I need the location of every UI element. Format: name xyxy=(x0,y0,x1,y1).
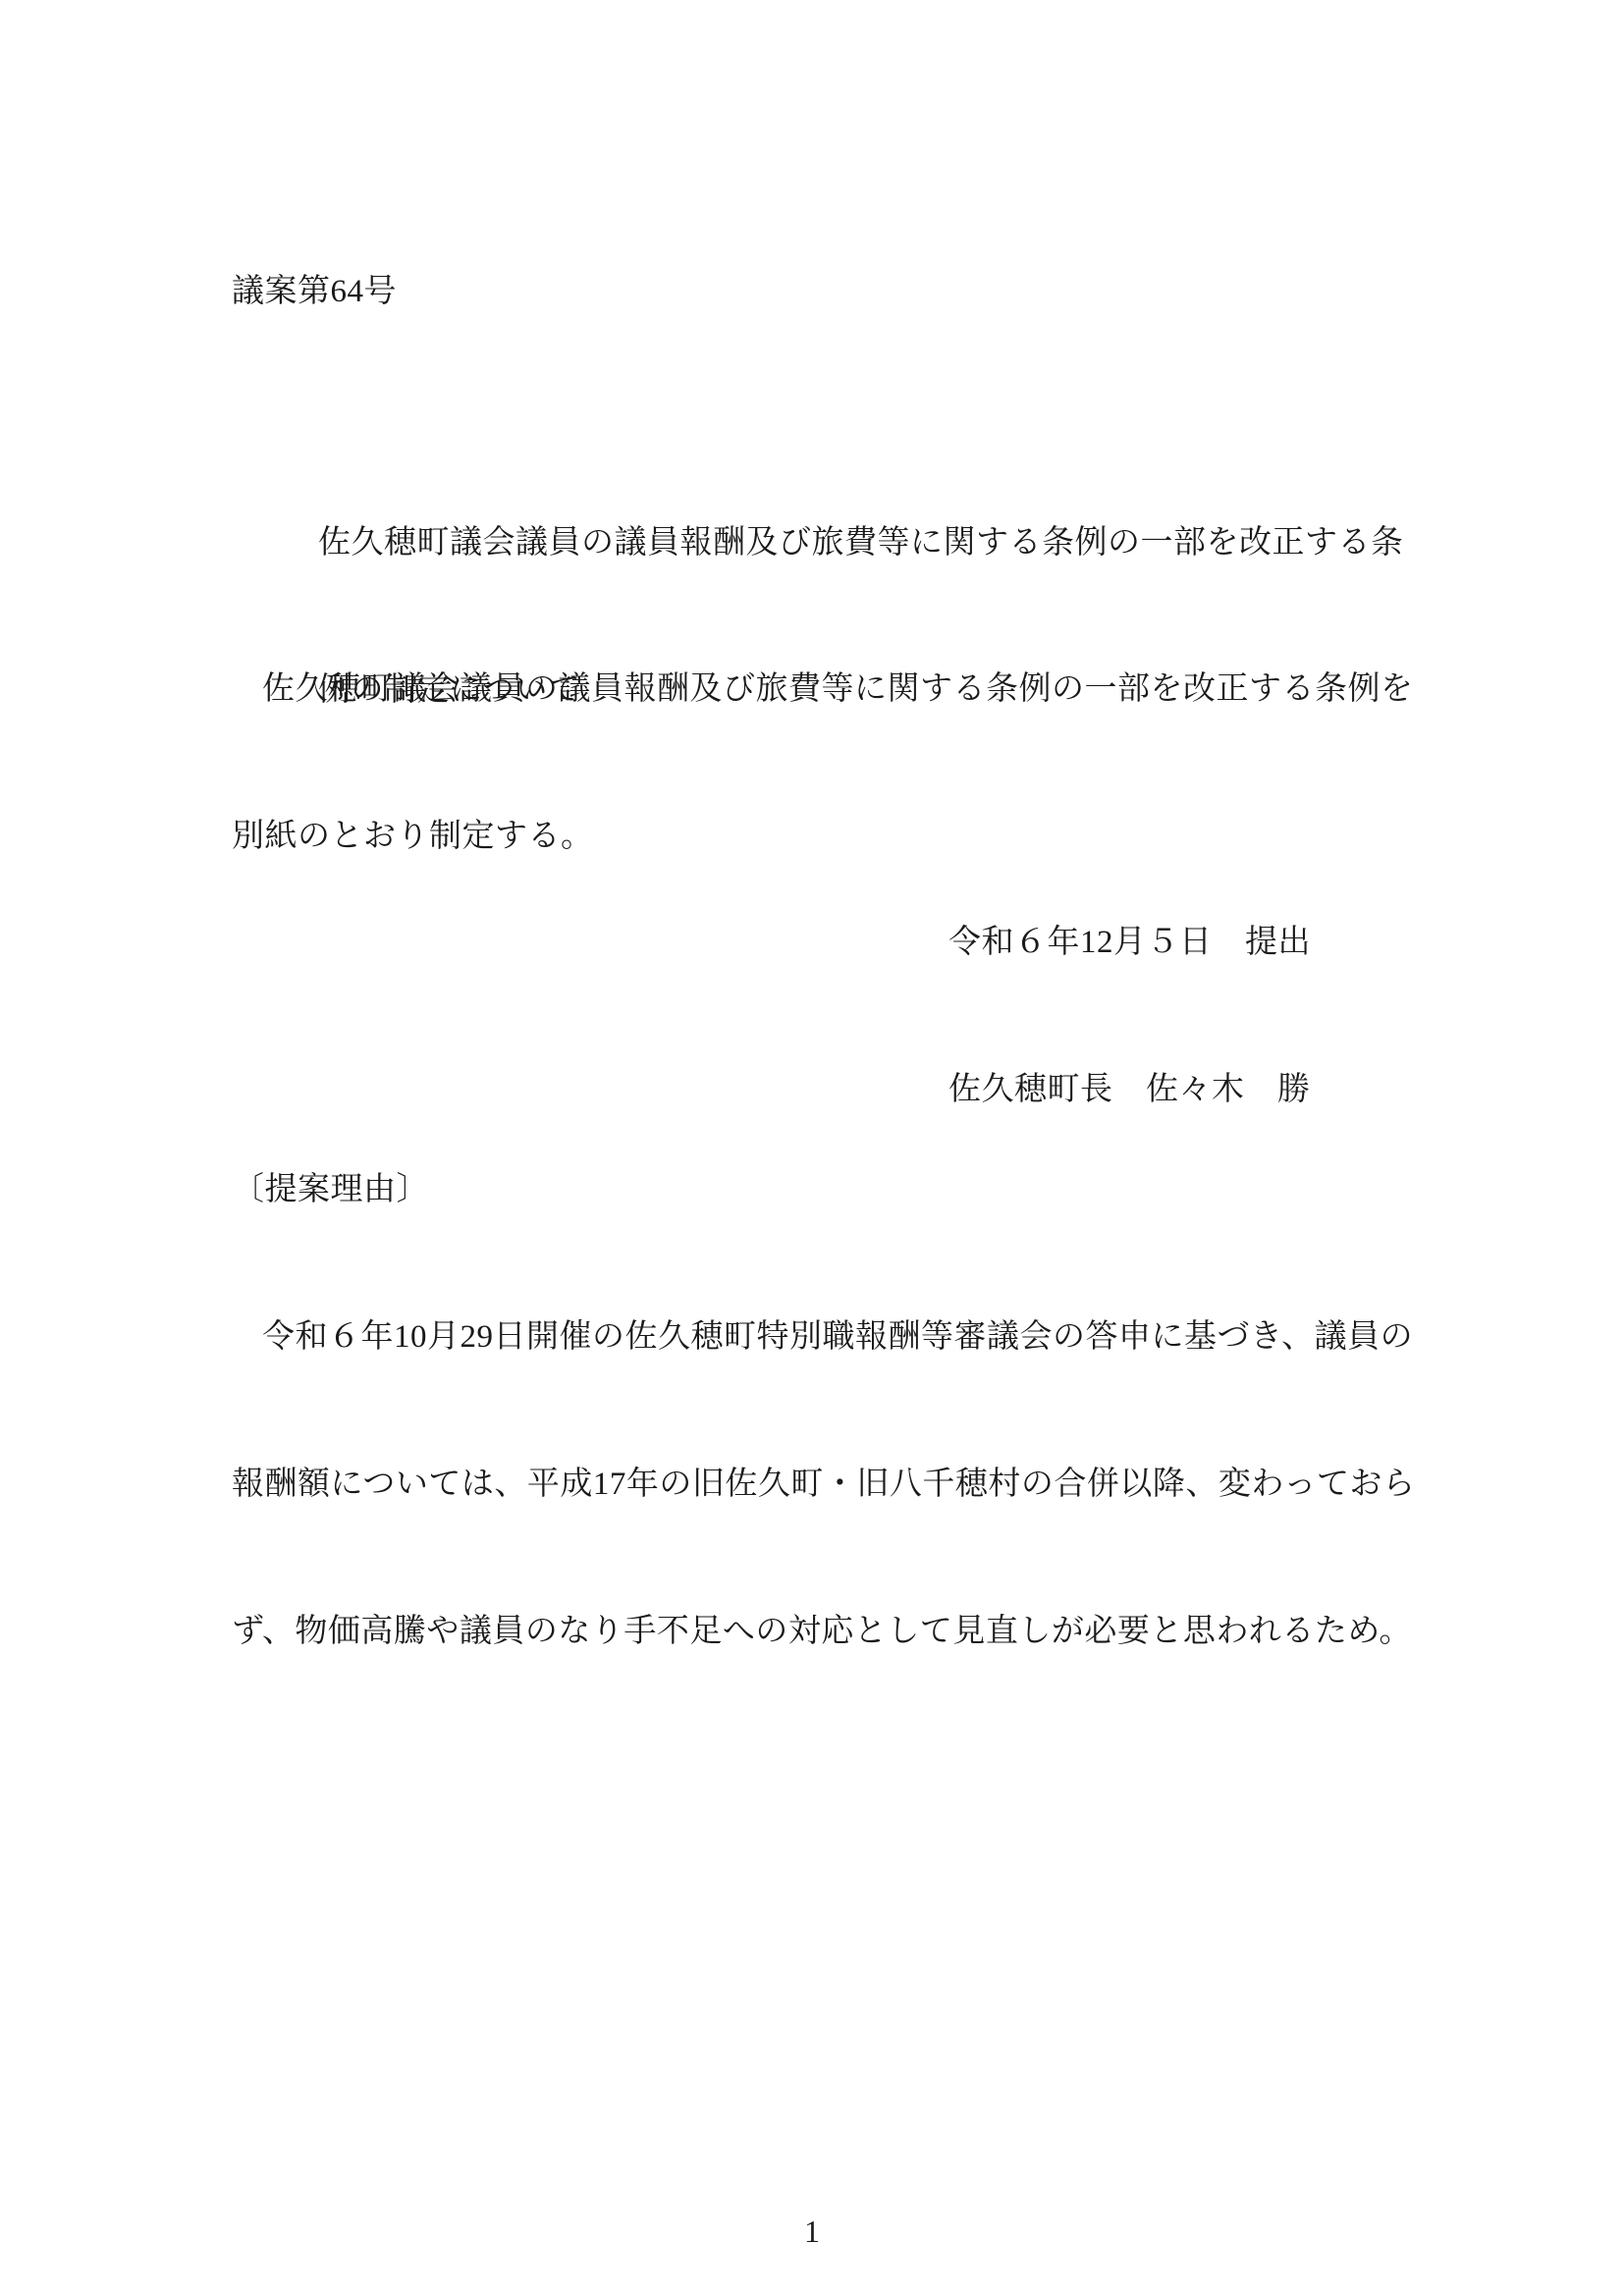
proposal-reason-heading: 〔提案理由〕 xyxy=(232,1165,1416,1214)
bill-number: 議案第64号 xyxy=(232,267,397,316)
page-number: 1 xyxy=(0,2207,1624,2256)
proposal-reason-line-3: ず、物価高騰や議員のなり手不足への対応として見直しが必要と思われるため。 xyxy=(232,1607,1416,1656)
enactment-line-1: 佐久穂町議会議員の議員報酬及び旅費等に関する条例の一部を改正する条例を xyxy=(232,665,1414,714)
proposal-reason-line-1: 令和６年10月29日開催の佐久穂町特別職報酬等審議会の答申に基づき、議員の xyxy=(232,1312,1416,1362)
proposal-reason-section: 〔提案理由〕 令和６年10月29日開催の佐久穂町特別職報酬等審議会の答申に基づき… xyxy=(232,1067,1416,1754)
document-page: 議案第64号 佐久穂町議会議員の議員報酬及び旅費等に関する条例の一部を改正する条… xyxy=(0,0,1624,2296)
submission-date: 令和６年12月５日 提出 xyxy=(948,918,1311,967)
proposal-reason-line-2: 報酬額については、平成17年の旧佐久町・旧八千穂村の合併以降、変わっておら xyxy=(232,1460,1416,1509)
title-line-1: 佐久穂町議会議員の議員報酬及び旅費等に関する条例の一部を改正する条 xyxy=(318,518,1404,567)
